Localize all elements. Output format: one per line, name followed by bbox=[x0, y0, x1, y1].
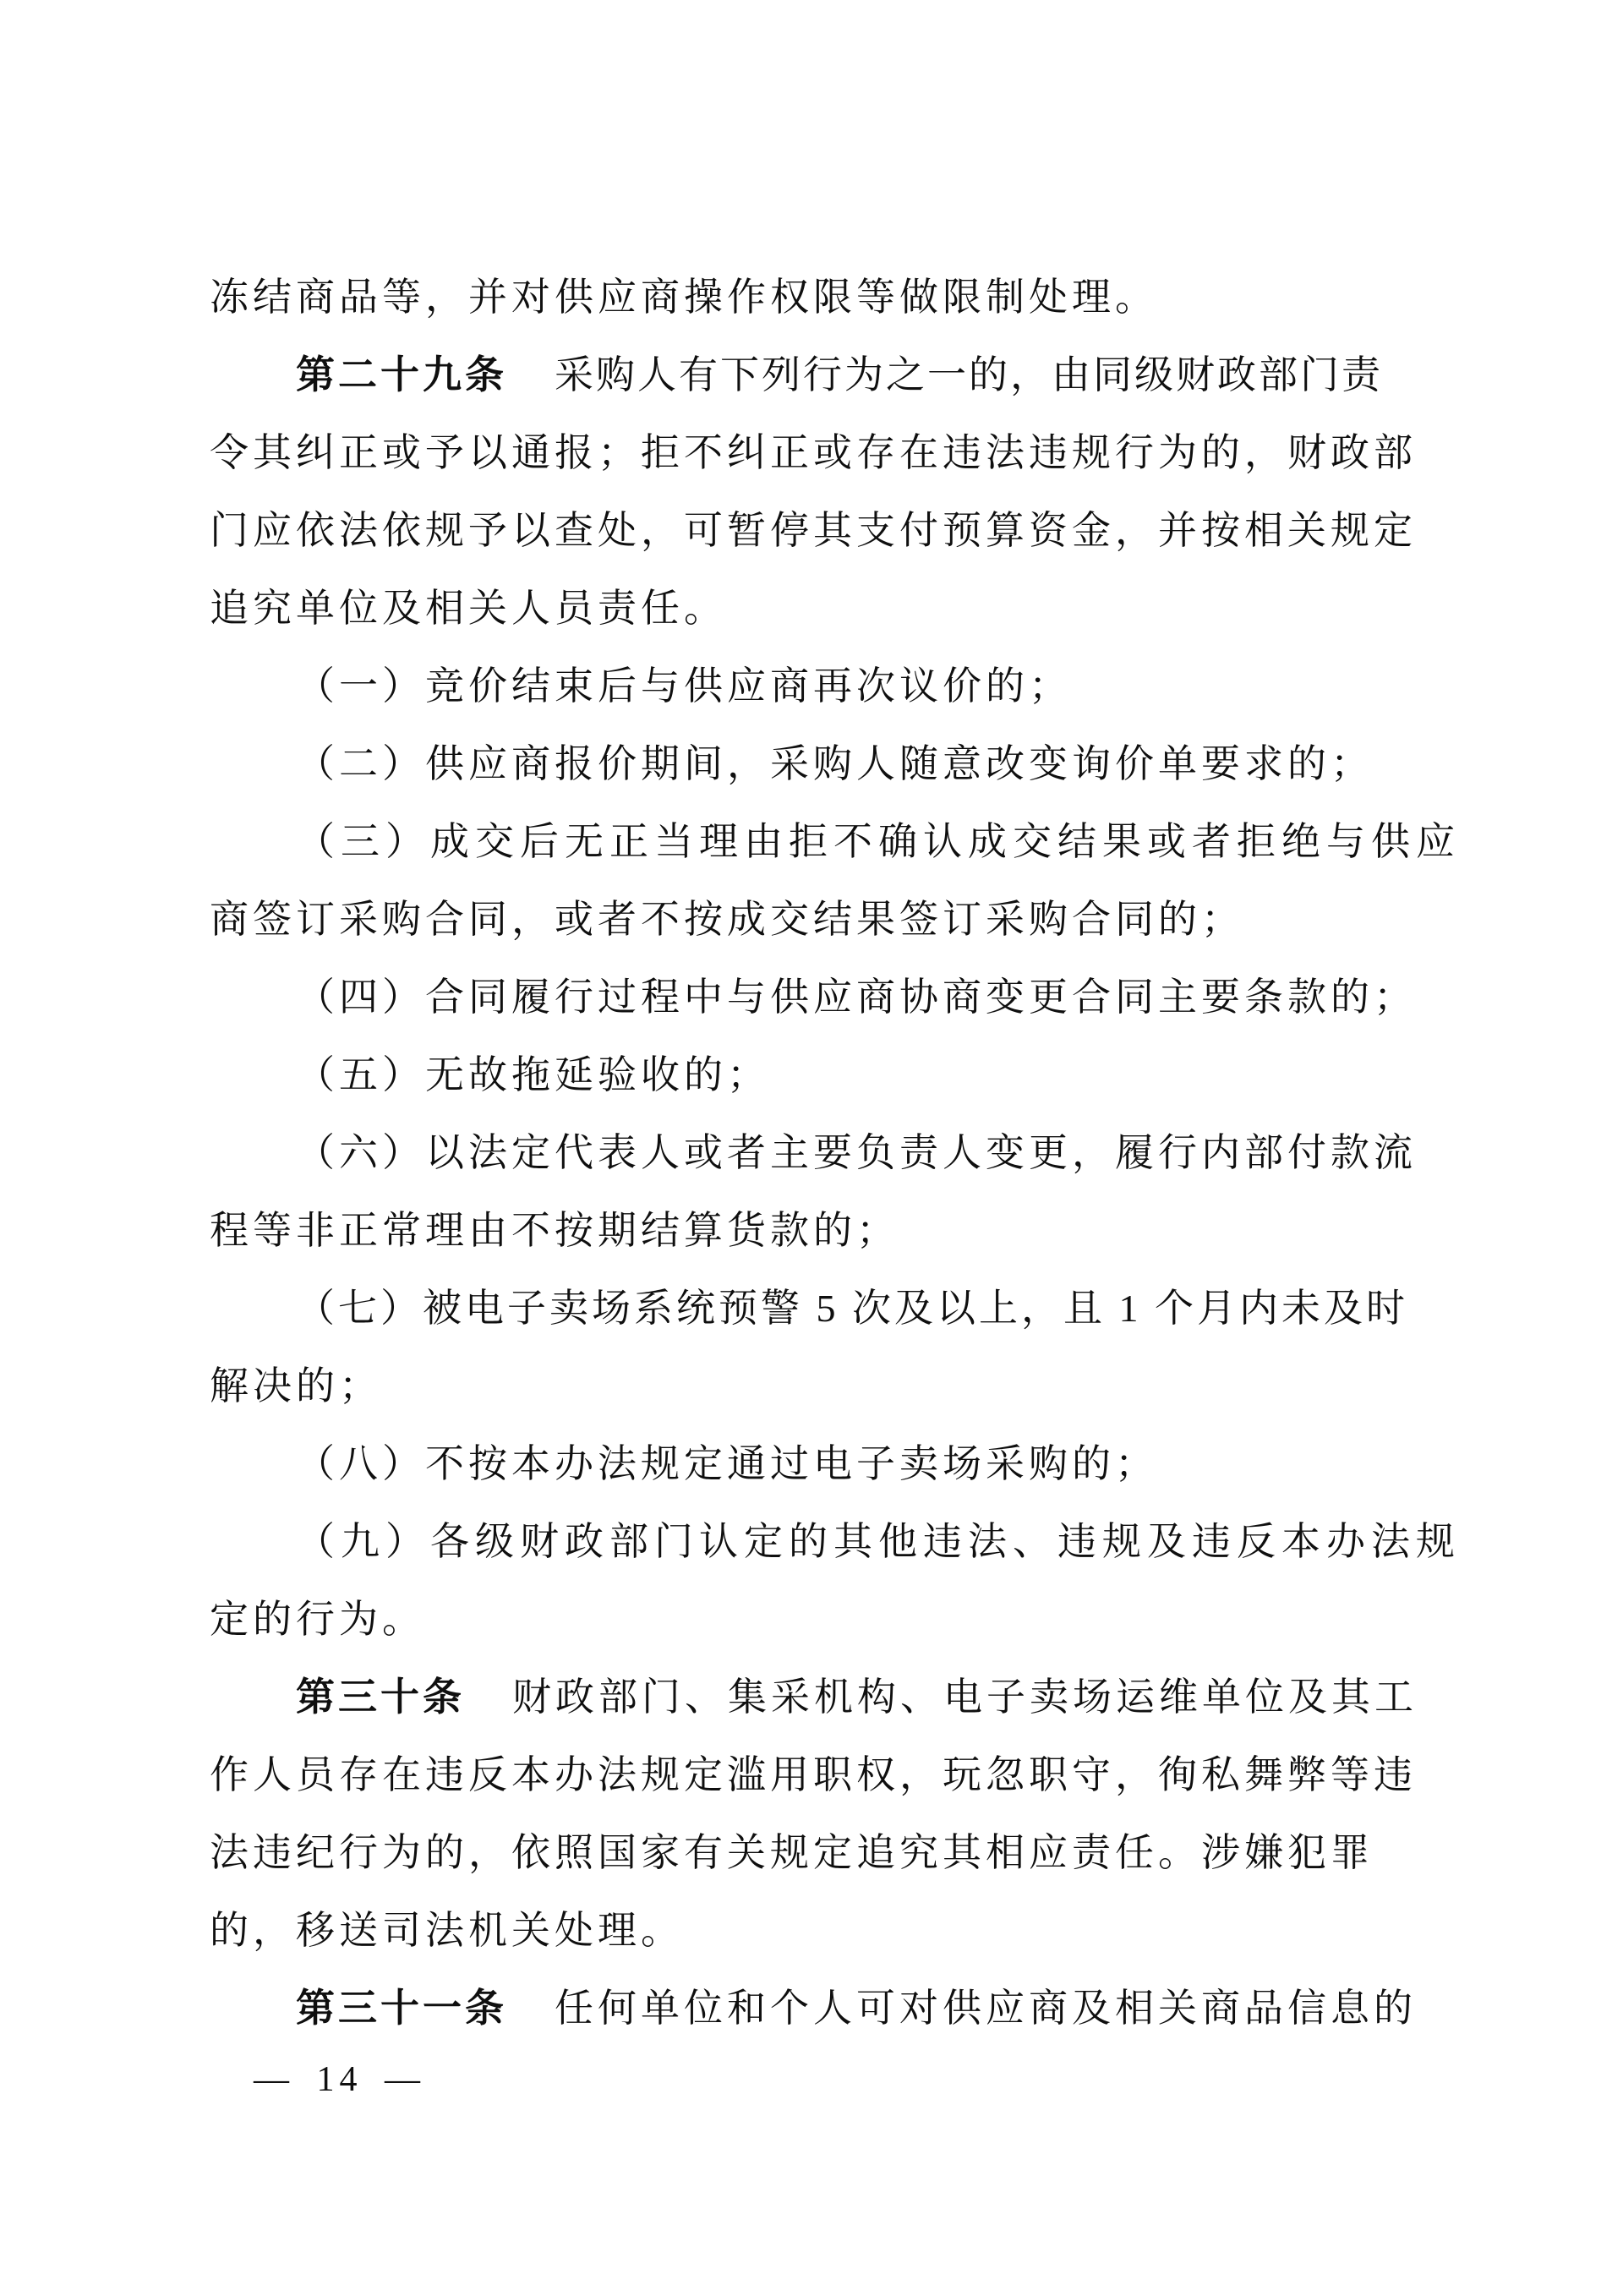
body-text: 定的行为。 bbox=[210, 1598, 425, 1641]
text-line: 程等非正常理由不按期结算货款的； bbox=[210, 1192, 1469, 1270]
body-text: 令其纠正或予以通报；拒不纠正或存在违法违规行为的，财政部 bbox=[210, 431, 1417, 474]
body-text: （八）不按本办法规定通过电子卖场采购的； bbox=[296, 1442, 1158, 1485]
text-line: 冻结商品等，并对供应商操作权限等做限制处理。 bbox=[210, 259, 1469, 336]
text-line: 追究单位及相关人员责任。 bbox=[210, 570, 1469, 648]
body-text: 采购人有下列行为之一的，由同级财政部门责 bbox=[555, 353, 1383, 396]
document-body: 冻结商品等，并对供应商操作权限等做限制处理。 第二十九条采购人有下列行为之一的，… bbox=[210, 259, 1469, 2047]
text-line: （四）合同履行过程中与供应商协商变更合同主要条款的； bbox=[210, 959, 1469, 1036]
text-line: （九）各级财政部门认定的其他违法、违规及违反本办法规 bbox=[210, 1503, 1469, 1581]
body-text: （九）各级财政部门认定的其他违法、违规及违反本办法规 bbox=[296, 1520, 1461, 1563]
body-text: （七）被电子卖场系统预警 5 次及以上，且 1 个月内未及时 bbox=[296, 1287, 1408, 1330]
page-number: — 14 — bbox=[254, 2056, 425, 2103]
body-text: 法违纪行为的，依照国家有关规定追究其相应责任。涉嫌犯罪 bbox=[210, 1831, 1374, 1874]
body-text: （一）竞价结束后与供应商再次议价的； bbox=[296, 664, 1072, 708]
body-text: （二）供应商报价期间，采购人随意改变询价单要求的； bbox=[296, 742, 1374, 785]
body-text: 商签订采购合同，或者不按成交结果签订采购合同的； bbox=[210, 898, 1244, 941]
body-text: 程等非正常理由不按期结算货款的； bbox=[210, 1209, 899, 1252]
body-text: 门应依法依规予以查处，可暂停其支付预算资金，并按相关规定 bbox=[210, 509, 1417, 552]
text-line: 定的行为。 bbox=[210, 1581, 1469, 1659]
text-line: （五）无故拖延验收的； bbox=[210, 1036, 1469, 1114]
text-line: 作人员存在违反本办法规定滥用职权，玩忽职守，徇私舞弊等违 bbox=[210, 1736, 1469, 1814]
body-text: 的，移送司法机关处理。 bbox=[210, 1909, 684, 1952]
text-line: （三）成交后无正当理由拒不确认成交结果或者拒绝与供应 bbox=[210, 803, 1469, 881]
body-text: （三）成交后无正当理由拒不确认成交结果或者拒绝与供应 bbox=[296, 820, 1461, 863]
text-line: （八）不按本办法规定通过电子卖场采购的； bbox=[210, 1425, 1469, 1503]
body-text: 追究单位及相关人员责任。 bbox=[210, 587, 727, 630]
text-line: （二）供应商报价期间，采购人随意改变询价单要求的； bbox=[210, 725, 1469, 803]
body-text: 解决的； bbox=[210, 1364, 382, 1408]
text-line: 令其纠正或予以通报；拒不纠正或存在违法违规行为的，财政部 bbox=[210, 414, 1469, 492]
body-text: 财政部门、集采机构、电子卖场运维单位及其工 bbox=[512, 1676, 1418, 1719]
body-text: 任何单位和个人可对供应商及相关商品信息的 bbox=[555, 1987, 1417, 2030]
article-number: 第二十九条 bbox=[296, 353, 507, 396]
article-number: 第三十一条 bbox=[296, 1987, 507, 2030]
text-line: 第三十条财政部门、集采机构、电子卖场运维单位及其工 bbox=[210, 1659, 1469, 1736]
text-line: 的，移送司法机关处理。 bbox=[210, 1892, 1469, 1970]
text-line: 门应依法依规予以查处，可暂停其支付预算资金，并按相关规定 bbox=[210, 492, 1469, 570]
text-line: 第三十一条任何单位和个人可对供应商及相关商品信息的 bbox=[210, 1970, 1469, 2047]
text-line: 第二十九条采购人有下列行为之一的，由同级财政部门责 bbox=[210, 336, 1469, 414]
text-line: 商签订采购合同，或者不按成交结果签订采购合同的； bbox=[210, 881, 1469, 959]
body-text: （六）以法定代表人或者主要负责人变更，履行内部付款流 bbox=[296, 1131, 1417, 1174]
body-text: （五）无故拖延验收的； bbox=[296, 1053, 770, 1096]
text-line: 法违纪行为的，依照国家有关规定追究其相应责任。涉嫌犯罪 bbox=[210, 1814, 1469, 1892]
document-page: 冻结商品等，并对供应商操作权限等做限制处理。 第二十九条采购人有下列行为之一的，… bbox=[0, 0, 1623, 2296]
text-line: 解决的； bbox=[210, 1348, 1469, 1425]
text-line: （七）被电子卖场系统预警 5 次及以上，且 1 个月内未及时 bbox=[210, 1270, 1469, 1348]
body-text: 作人员存在违反本办法规定滥用职权，玩忽职守，徇私舞弊等违 bbox=[210, 1753, 1417, 1796]
article-number: 第三十条 bbox=[296, 1676, 465, 1719]
body-text: 冻结商品等，并对供应商操作权限等做限制处理。 bbox=[210, 276, 1158, 319]
text-line: （六）以法定代表人或者主要负责人变更，履行内部付款流 bbox=[210, 1114, 1469, 1192]
text-line: （一）竞价结束后与供应商再次议价的； bbox=[210, 648, 1469, 725]
body-text: （四）合同履行过程中与供应商协商变更合同主要条款的； bbox=[296, 976, 1417, 1019]
